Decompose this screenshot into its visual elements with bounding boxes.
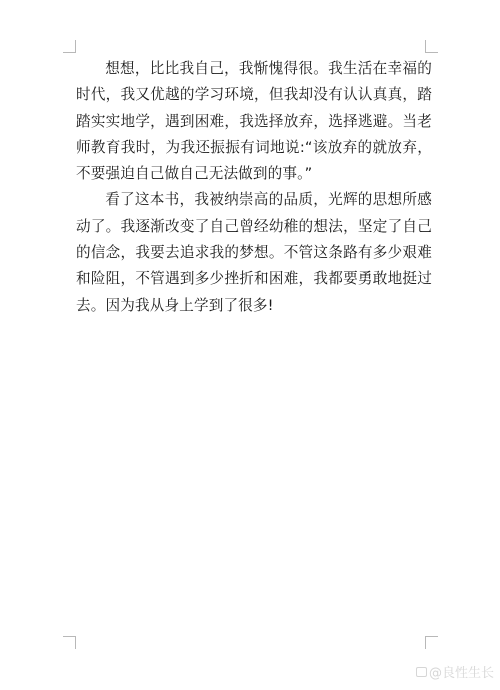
margin-corner-bottom-right (425, 636, 438, 649)
document-page: 想想，比比我自己，我惭愧得很。我生活在幸福的时代，我又优越的学习环境，但我却没有… (0, 0, 500, 690)
margin-corner-top-left (63, 40, 76, 53)
app-logo-icon (415, 666, 427, 677)
margin-corner-bottom-left (63, 636, 76, 649)
watermark: @良性生长 (415, 662, 494, 681)
paragraph-1: 想想，比比我自己，我惭愧得很。我生活在幸福的时代，我又优越的学习环境，但我却没有… (76, 56, 432, 187)
watermark-text: @良性生长 (429, 662, 494, 681)
margin-corner-top-right (425, 40, 438, 53)
document-body: 想想，比比我自己，我惭愧得很。我生活在幸福的时代，我又优越的学习环境，但我却没有… (76, 56, 432, 319)
paragraph-2: 看了这本书，我被纳崇高的品质，光辉的思想所感动了。我逐渐改变了自己曾经幼稚的想法… (76, 187, 432, 318)
